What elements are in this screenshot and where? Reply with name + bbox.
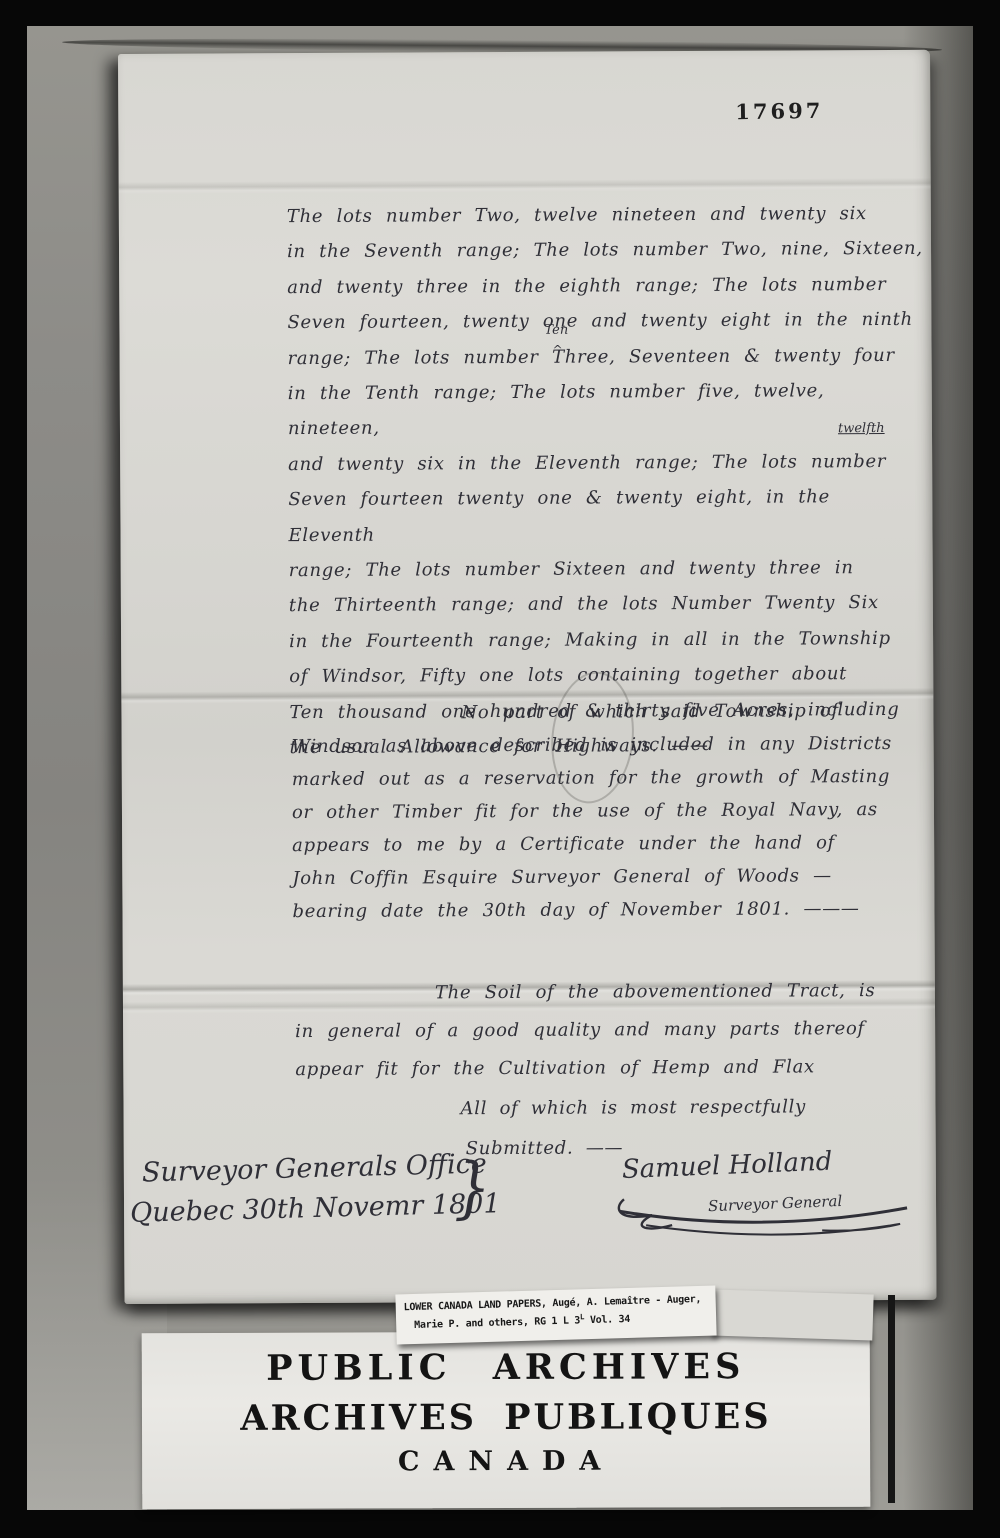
closing-line: All of which is most respectfully xyxy=(460,1096,806,1119)
archives-title-card: PUBLIC ARCHIVES ARCHIVES PUBLIQUES CANAD… xyxy=(142,1331,871,1510)
manuscript-line: of Windsor, Fifty one lots containing to… xyxy=(289,656,925,695)
inserted-word-twelfth: twelfth xyxy=(838,421,885,436)
manuscript-line: Seven fourteen twenty one & twenty eight… xyxy=(288,479,924,553)
manuscript-line: range; The lots number Three, Seventeen … xyxy=(288,337,924,376)
archive-photograph: 17697 The lots number Two, twelve ninete… xyxy=(0,0,1000,1538)
label-line-part: Marie P. and others, RG 1 L 3 xyxy=(414,1315,580,1331)
manuscript-line: appears to me by a Certificate under the… xyxy=(292,826,922,862)
page-corner-fragment xyxy=(712,1289,873,1340)
manuscript-line: or other Timber fit for the use of the R… xyxy=(292,793,922,829)
manuscript-line: the Thirteenth range; and the lots Numbe… xyxy=(289,585,925,624)
manuscript-line: The Soil of the abovementioned Tract, is xyxy=(295,972,923,1013)
manuscript-line: John Coffin Esquire Surveyor General of … xyxy=(292,859,922,895)
manuscript-line: and twenty three in the eighth range; Th… xyxy=(287,267,923,306)
fold-crease xyxy=(119,178,931,194)
stamp-number: 17697 xyxy=(735,98,823,124)
signature-flourish xyxy=(612,1172,922,1244)
footer-line-archives-publiques: ARCHIVES PUBLIQUES xyxy=(142,1396,870,1440)
manuscript-line: in the Tenth range; The lots number five… xyxy=(288,373,924,447)
label-line-part: Vol. 34 xyxy=(584,1313,630,1325)
archive-reference-label: LOWER CANADA LAND PAPERS, Augé, A. Lemaî… xyxy=(395,1286,716,1345)
manuscript-line: Windsor as above described is included i… xyxy=(292,727,922,763)
dateline-office: Surveyor Generals Office xyxy=(141,1148,487,1188)
manuscript-paragraph-certificate: No part of which said Township of Windso… xyxy=(291,694,922,928)
manuscript-line: in general of a good quality and many pa… xyxy=(295,1010,923,1051)
caret-mark: ^ xyxy=(553,343,563,357)
dateline-date: Quebec 30th Novemr 1801 xyxy=(130,1188,501,1229)
manuscript-line: in the Seventh range; The lots number Tw… xyxy=(287,231,923,270)
manuscript-line: Seven fourteen, twenty one and twenty ei… xyxy=(287,302,923,341)
dateline-brace: } xyxy=(454,1147,491,1228)
manuscript-paragraph-soil: The Soil of the abovementioned Tract, is… xyxy=(295,972,924,1089)
manuscript-line: and twenty six in the Eleventh range; Th… xyxy=(288,444,924,483)
manuscript-line: appear fit for the Cultivation of Hemp a… xyxy=(295,1048,923,1089)
footer-line-canada: CANADA xyxy=(142,1445,870,1479)
manuscript-line: No part of which said Township of xyxy=(291,694,921,730)
manuscript-line: marked out as a reservation for the grow… xyxy=(292,760,922,796)
manuscript-line: range; The lots number Sixteen and twent… xyxy=(289,550,925,589)
manuscript-line: in the Fourteenth range; Making in all i… xyxy=(289,621,925,660)
manuscript-line: bearing date the 30th day of November 18… xyxy=(292,892,922,928)
manuscript-line: The lots number Two, twelve nineteen and… xyxy=(287,196,923,235)
board-slot-line xyxy=(888,1295,895,1503)
document-page: 17697 The lots number Two, twelve ninete… xyxy=(118,50,937,1304)
inserted-word-ten: Ten xyxy=(544,323,568,338)
manuscript-paragraph-lots: The lots number Two, twelve nineteen and… xyxy=(287,196,926,766)
